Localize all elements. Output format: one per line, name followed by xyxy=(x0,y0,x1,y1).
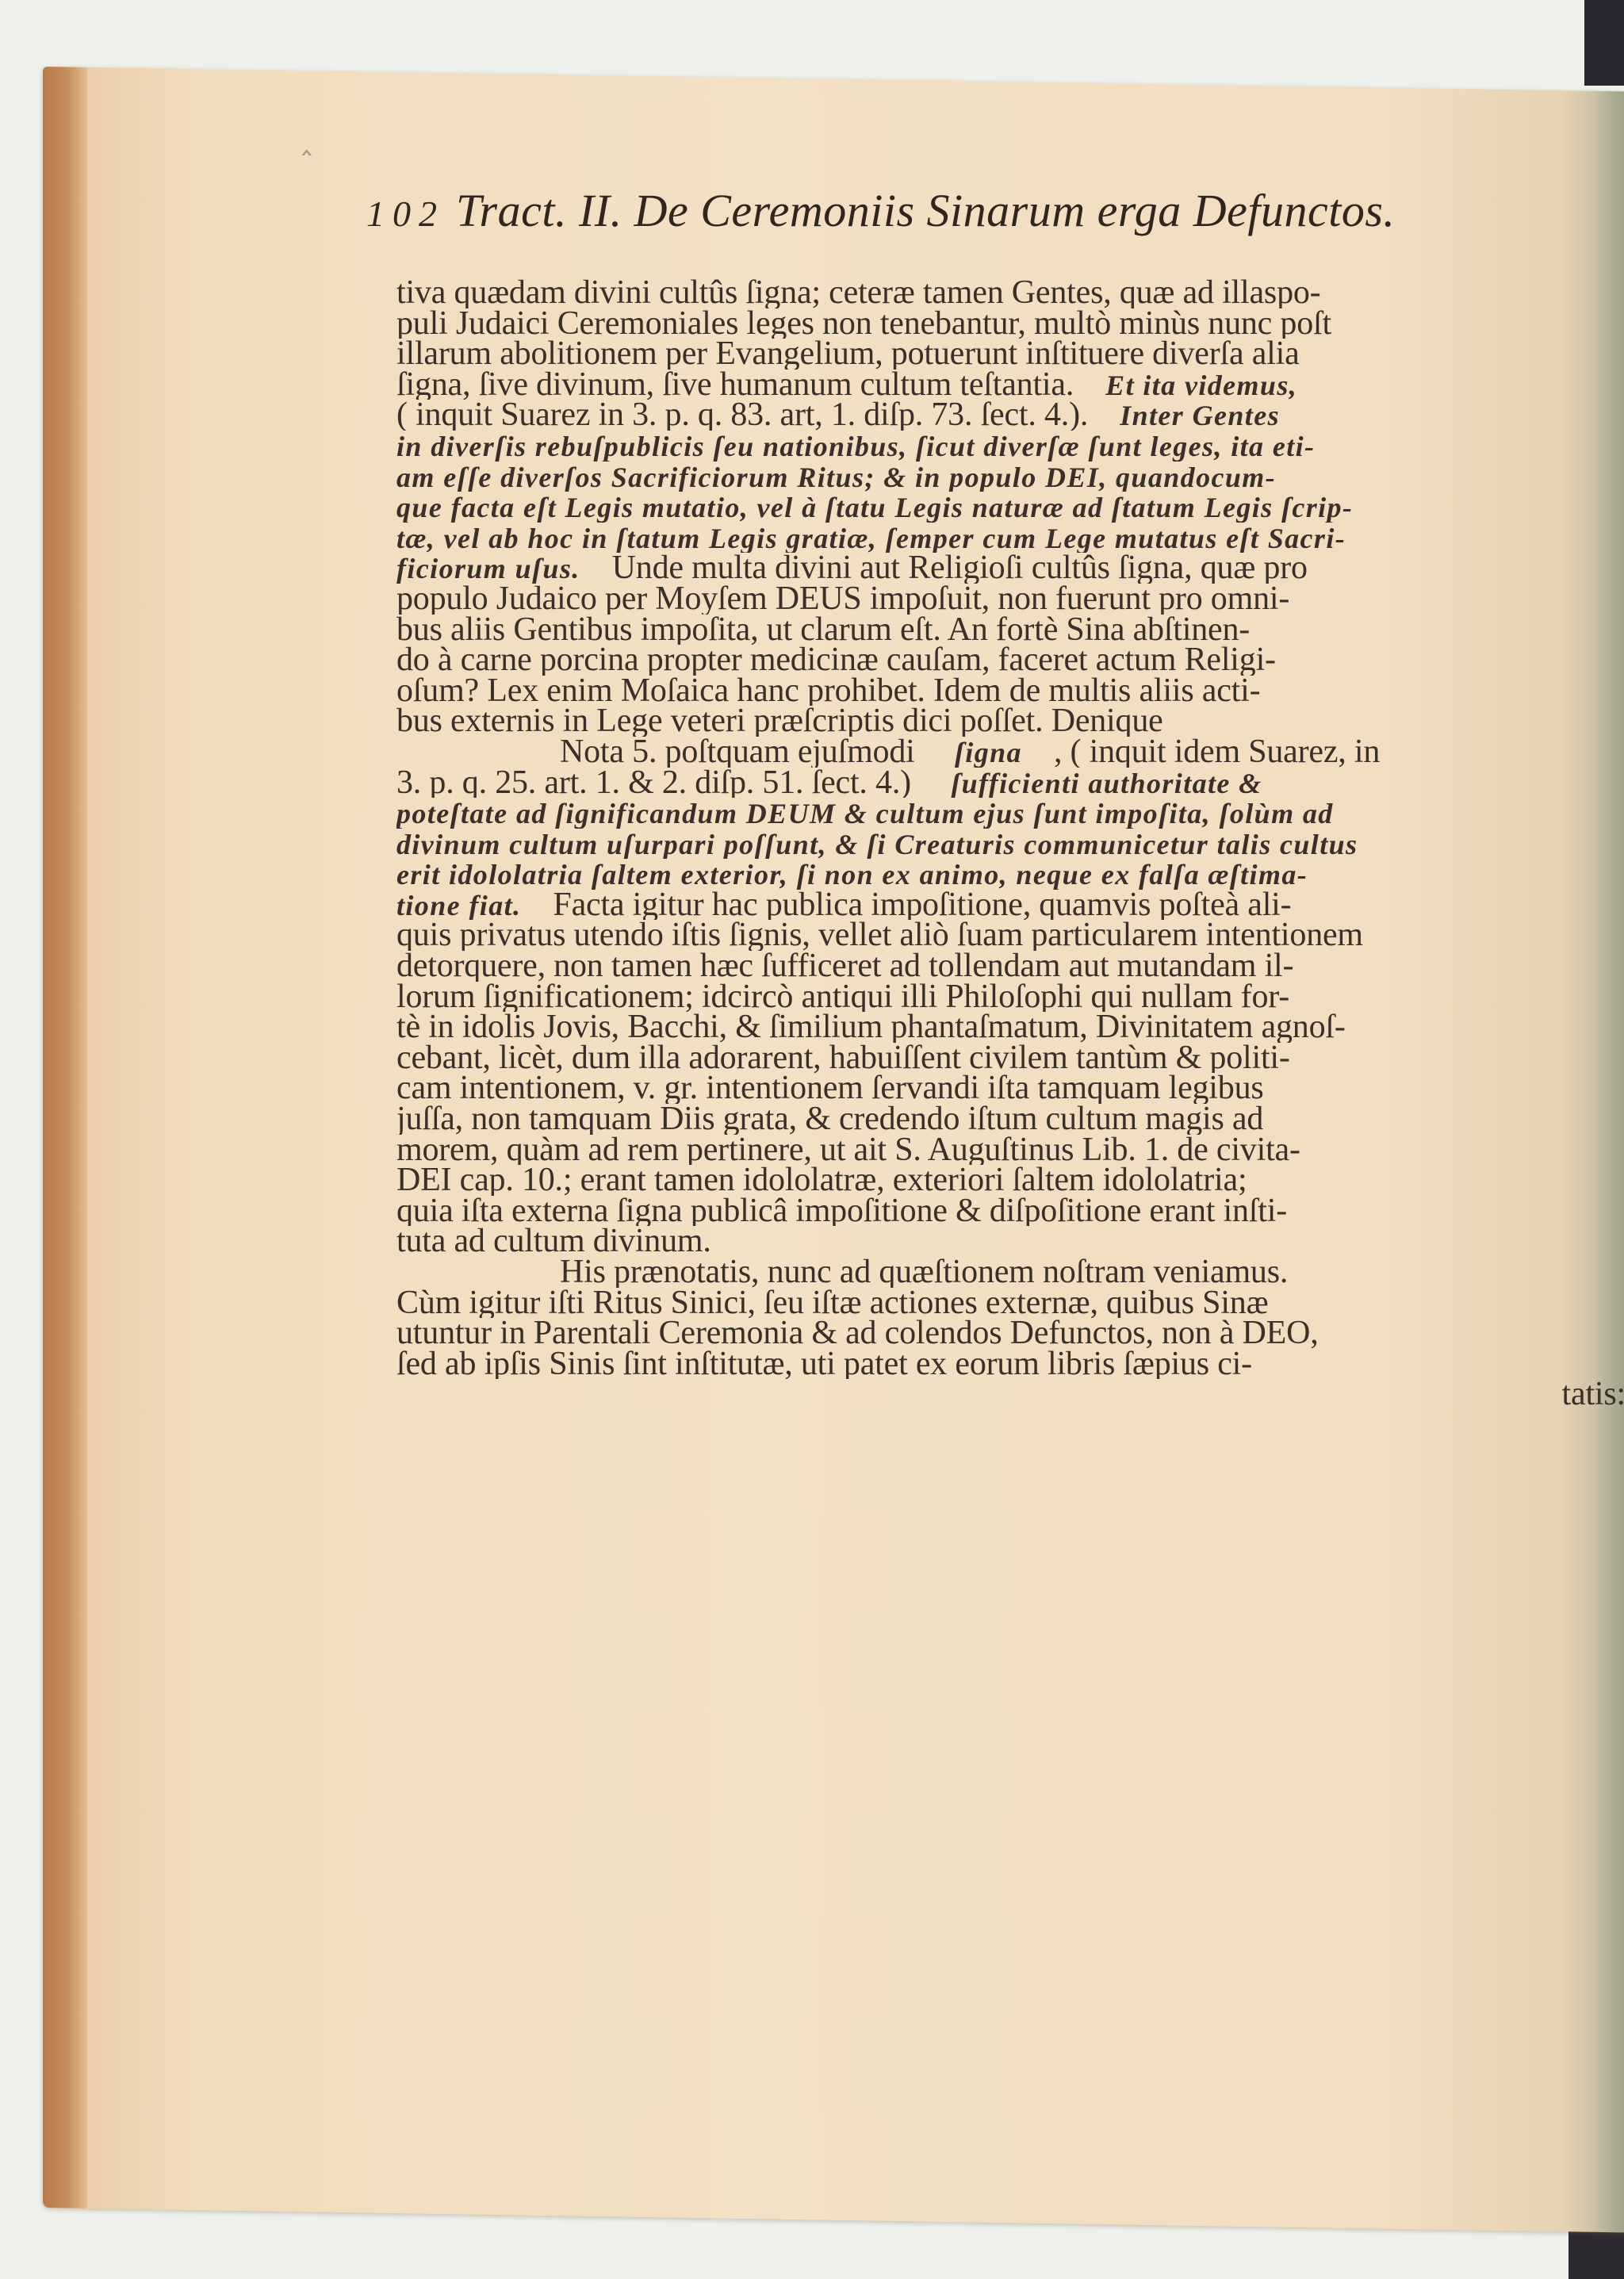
roman-segment: ſigna, ſive divinum, ſive humanum cultum… xyxy=(396,370,1074,400)
roman-segment: Nota 5. poſtquam ejuſmodi xyxy=(560,737,923,768)
text-line: illarum abolitionem per Evangelium, potu… xyxy=(396,339,1624,370)
text-line: divinum cultum uſurpari poſſunt, & ſi Cr… xyxy=(396,829,1624,860)
italic-segment: am eſſe diverſos Sacrificiorum Ritus; & … xyxy=(396,462,1276,492)
roman-segment: cam intentionem, v. gr. intentionem ſerv… xyxy=(396,1073,1264,1104)
text-line: do à carne porcina propter medicinæ cauſ… xyxy=(396,645,1624,676)
roman-segment: illarum abolitionem per Evangelium, potu… xyxy=(396,339,1300,370)
text-line: ſigna, ſive divinum, ſive humanum cultum… xyxy=(396,370,1624,400)
italic-segment: tione fiat. xyxy=(396,890,521,921)
page-content: 102Tract. II. De Ceremoniis Sinarum erga… xyxy=(0,0,1624,2279)
roman-segment: bus aliis Gentibus impoſita, ut clarum e… xyxy=(396,615,1250,645)
text-line: ficiorum uſus.Unde multa divini aut Reli… xyxy=(396,553,1624,584)
roman-segment: do à carne porcina propter medicinæ cauſ… xyxy=(396,645,1276,676)
text-line: tuta ad cultum divinum. xyxy=(396,1226,1624,1257)
text-line: populo Judaico per Moyſem DEUS impoſuit,… xyxy=(396,584,1624,615)
roman-segment: utuntur in Parentali Ceremonia & ad cole… xyxy=(396,1318,1319,1349)
roman-segment: 3. p. q. 25. art. 1. & 2. diſp. 51. ſect… xyxy=(396,768,919,799)
roman-segment: lorum ſignificationem; idcircò antiqui i… xyxy=(396,982,1289,1013)
roman-segment: Unde multa divini aut Religioſi cultûs ſ… xyxy=(612,553,1308,584)
text-line: His prænotatis, nunc ad quæſtionem noſtr… xyxy=(396,1257,1624,1288)
roman-segment: detorquere, non tamen hæc ſufficeret ad … xyxy=(396,951,1293,982)
italic-segment: ſigna xyxy=(955,737,1022,768)
text-line: Cùm igitur iſti Ritus Sinici, ſeu iſtæ a… xyxy=(396,1288,1624,1319)
roman-segment: tiva quædam divini cultûs ſigna; ceteræ … xyxy=(396,278,1320,308)
roman-segment: His prænotatis, nunc ad quæſtionem noſtr… xyxy=(560,1257,1288,1288)
roman-segment: cebant, licèt, dum illa adorarent, habui… xyxy=(396,1043,1290,1074)
roman-segment: puli Judaici Ceremoniales leges non tene… xyxy=(396,308,1331,339)
running-head-title: Tract. II. De Ceremoniis Sinarum erga De… xyxy=(456,185,1395,236)
text-line: oſum? Lex enim Moſaica hanc prohibet. Id… xyxy=(396,676,1624,707)
roman-segment: ( inquit Suarez in 3. p. q. 83. art, 1. … xyxy=(396,400,1088,431)
text-line: puli Judaici Ceremoniales leges non tene… xyxy=(396,308,1624,339)
text-line: cam intentionem, v. gr. intentionem ſerv… xyxy=(396,1073,1624,1104)
roman-segment: tatis: xyxy=(1562,1379,1624,1410)
text-line: juſſa, non tamquam Diis grata, & credend… xyxy=(396,1104,1624,1135)
italic-segment: Et ita videmus, xyxy=(1105,370,1297,400)
italic-segment: divinum cultum uſurpari poſſunt, & ſi Cr… xyxy=(396,829,1358,860)
text-line: bus aliis Gentibus impoſita, ut clarum e… xyxy=(396,615,1624,645)
text-line: lorum ſignificationem; idcircò antiqui i… xyxy=(396,982,1624,1013)
italic-segment: ſufficienti authoritate & xyxy=(951,768,1262,799)
body-text: tiva quædam divini cultûs ſigna; ceteræ … xyxy=(396,278,1624,1410)
roman-segment: quis privatus utendo iſtis ſignis, velle… xyxy=(396,920,1363,951)
roman-segment: , ( inquit idem Suarez, in xyxy=(1054,737,1380,768)
italic-segment: tæ, vel ab hoc in ſtatum Legis gratiæ, ſ… xyxy=(396,523,1346,553)
text-line: detorquere, non tamen hæc ſufficeret ad … xyxy=(396,951,1624,982)
text-line: ſed ab ipſis Sinis ſint inſtitutæ, uti p… xyxy=(396,1349,1624,1380)
text-line: tæ, vel ab hoc in ſtatum Legis gratiæ, ſ… xyxy=(396,523,1624,553)
italic-segment: ficiorum uſus. xyxy=(396,553,580,584)
text-line: poteſtate ad ſignificandum DEUM & cultum… xyxy=(396,798,1624,829)
roman-segment: DEI cap. 10.; erant tamen idololatræ, ex… xyxy=(396,1165,1247,1196)
text-line: quia iſta externa ſigna publicâ impoſiti… xyxy=(396,1196,1624,1227)
text-line: in diverſis rebuſpublicis ſeu nationibus… xyxy=(396,431,1624,462)
roman-segment: Cùm igitur iſti Ritus Sinici, ſeu iſtæ a… xyxy=(396,1288,1268,1319)
text-line: que facta eſt Legis mutatio, vel à ſtatu… xyxy=(396,492,1624,523)
text-line: tatis: xyxy=(396,1379,1624,1410)
text-line: erit idololatria ſaltem exterior, ſi non… xyxy=(396,859,1624,890)
text-line: quis privatus utendo iſtis ſignis, velle… xyxy=(396,920,1624,951)
roman-segment: oſum? Lex enim Moſaica hanc prohibet. Id… xyxy=(396,676,1260,707)
roman-segment: bus externis in Lege veteri præſcriptis … xyxy=(396,706,1163,737)
roman-segment: populo Judaico per Moyſem DEUS impoſuit,… xyxy=(396,584,1289,615)
roman-segment: tè in idolis Jovis, Bacchi, & ſimilium p… xyxy=(396,1012,1346,1043)
text-line: utuntur in Parentali Ceremonia & ad cole… xyxy=(396,1318,1624,1349)
italic-segment: erit idololatria ſaltem exterior, ſi non… xyxy=(396,859,1308,890)
text-line: tione fiat.Facta igitur hac publica impo… xyxy=(396,890,1624,921)
roman-segment: quia iſta externa ſigna publicâ impoſiti… xyxy=(396,1196,1287,1227)
text-line: DEI cap. 10.; erant tamen idololatræ, ex… xyxy=(396,1165,1624,1196)
text-line: morem, quàm ad rem pertinere, ut ait S. … xyxy=(396,1135,1624,1166)
text-line: bus externis in Lege veteri præſcriptis … xyxy=(396,706,1624,737)
roman-segment: tuta ad cultum divinum. xyxy=(396,1226,711,1257)
text-line: ( inquit Suarez in 3. p. q. 83. art, 1. … xyxy=(396,400,1624,431)
text-line: cebant, licèt, dum illa adorarent, habui… xyxy=(396,1043,1624,1074)
italic-segment: poteſtate ad ſignificandum DEUM & cultum… xyxy=(396,798,1334,829)
italic-segment: Inter Gentes xyxy=(1120,400,1280,431)
roman-segment: ſed ab ipſis Sinis ſint inſtitutæ, uti p… xyxy=(396,1349,1252,1380)
italic-segment: in diverſis rebuſpublicis ſeu nationibus… xyxy=(396,431,1315,462)
text-line: 3. p. q. 25. art. 1. & 2. diſp. 51. ſect… xyxy=(396,768,1624,799)
running-head: 102Tract. II. De Ceremoniis Sinarum erga… xyxy=(366,184,1624,237)
text-line: tè in idolis Jovis, Bacchi, & ſimilium p… xyxy=(396,1012,1624,1043)
roman-segment: juſſa, non tamquam Diis grata, & credend… xyxy=(396,1104,1263,1135)
text-line: am eſſe diverſos Sacrificiorum Ritus; & … xyxy=(396,462,1624,492)
roman-segment: Facta igitur hac publica impoſitione, qu… xyxy=(553,890,1291,921)
roman-segment: morem, quàm ad rem pertinere, ut ait S. … xyxy=(396,1135,1300,1166)
italic-segment: que facta eſt Legis mutatio, vel à ſtatu… xyxy=(396,492,1353,523)
page-number: 102 xyxy=(366,193,445,234)
scan-mark: ‸ xyxy=(301,119,312,156)
text-line: tiva quædam divini cultûs ſigna; ceteræ … xyxy=(396,278,1624,308)
text-line: Nota 5. poſtquam ejuſmodi ſigna, ( inqui… xyxy=(396,737,1624,768)
